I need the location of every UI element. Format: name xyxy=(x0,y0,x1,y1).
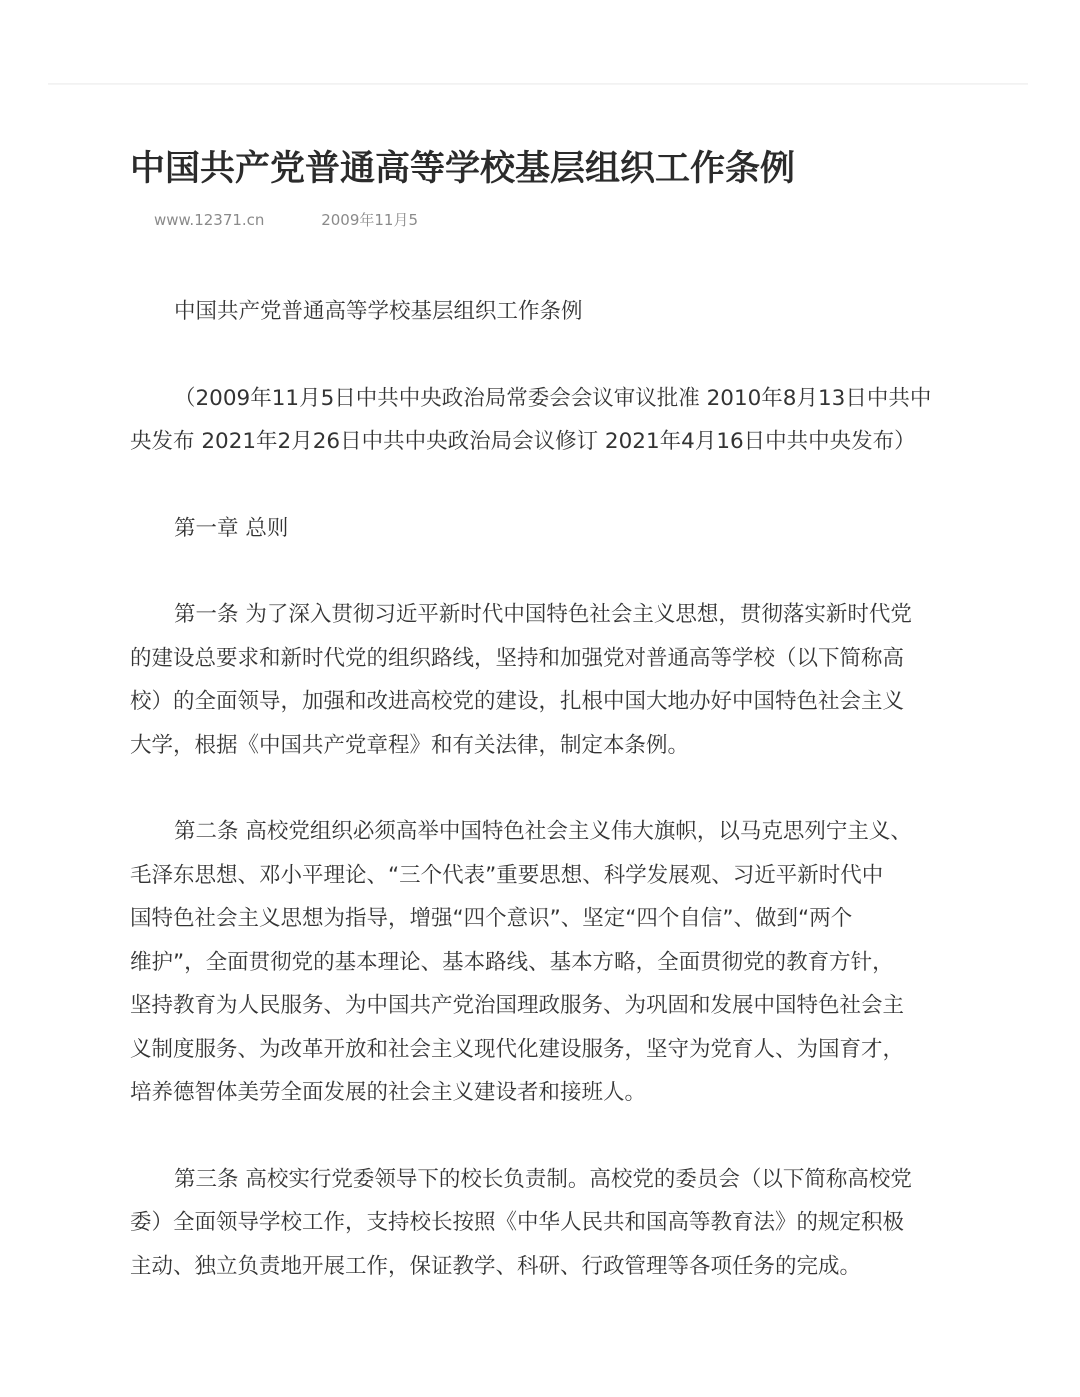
article-date: 2009年11月5 xyxy=(321,209,418,231)
paragraph-line: 维护”，全面贯彻党的基本理论、基本路线、基本方略，全面贯彻党的教育方针， xyxy=(130,941,960,985)
paragraph-doc-title: 中国共产党普通高等学校基层组织工作条例 xyxy=(130,290,960,334)
paragraph-line: 培养德智体美劳全面发展的社会主义建设者和接班人。 xyxy=(130,1071,960,1115)
article-source: www.12371.cn xyxy=(154,209,264,231)
paragraph-line: 国特色社会主义思想为指导，增强“四个意识”、坚定“四个自信”、做到“两个 xyxy=(130,897,960,941)
paragraph-line: 第二条 高校党组织必须高举中国特色社会主义伟大旗帜，以马克思列宁主义、 xyxy=(130,810,960,854)
paragraph-article-2: 第二条 高校党组织必须高举中国特色社会主义伟大旗帜，以马克思列宁主义、 毛泽东思… xyxy=(130,810,960,1115)
article-body: 中国共产党普通高等学校基层组织工作条例 （2009年11月5日中共中央政治局常委… xyxy=(130,290,960,1288)
paragraph-line: 第三条 高校实行党委领导下的校长负责制。高校党的委员会（以下简称高校党 xyxy=(130,1158,960,1202)
paragraph-line: 毛泽东思想、邓小平理论、“三个代表”重要思想、科学发展观、习近平新时代中 xyxy=(130,854,960,898)
paragraph-line: 第一章 总则 xyxy=(130,507,960,551)
paragraph-line: 坚持教育为人民服务、为中国共产党治国理政服务、为巩固和发展中国特色社会主 xyxy=(130,984,960,1028)
paragraph-line: 义制度服务、为改革开放和社会主义现代化建设服务，坚守为党育人、为国育才， xyxy=(130,1028,960,1072)
paragraph-line: 第一条 为了深入贯彻习近平新时代中国特色社会主义思想，贯彻落实新时代党 xyxy=(130,593,960,637)
paragraph-line: 校）的全面领导，加强和改进高校党的建设，扎根中国大地办好中国特色社会主义 xyxy=(130,680,960,724)
paragraph-line: 大学，根据《中国共产党章程》和有关法律，制定本条例。 xyxy=(130,724,960,768)
paragraph-line: 委）全面领导学校工作，支持校长按照《中华人民共和国高等教育法》的规定积极 xyxy=(130,1201,960,1245)
paragraph-line: （2009年11月5日中共中央政治局常委会会议审议批准 2010年8月13日中共… xyxy=(130,377,960,421)
paragraph-line: 主动、独立负责地开展工作，保证教学、科研、行政管理等各项任务的完成。 xyxy=(130,1245,960,1289)
paragraph-line: 的建设总要求和新时代党的组织路线，坚持和加强党对普通高等学校（以下简称高 xyxy=(130,637,960,681)
article-title: 中国共产党普通高等学校基层组织工作条例 xyxy=(130,146,795,192)
paragraph-approval-note: （2009年11月5日中共中央政治局常委会会议审议批准 2010年8月13日中共… xyxy=(130,377,960,464)
paragraph-article-3: 第三条 高校实行党委领导下的校长负责制。高校党的委员会（以下简称高校党 委）全面… xyxy=(130,1158,960,1289)
paragraph-line: 中国共产党普通高等学校基层组织工作条例 xyxy=(130,290,960,334)
paragraph-line: 央发布 2021年2月26日中共中央政治局会议修订 2021年4月16日中共中央… xyxy=(130,420,960,464)
paragraph-article-1: 第一条 为了深入贯彻习近平新时代中国特色社会主义思想，贯彻落实新时代党 的建设总… xyxy=(130,593,960,767)
chapter-heading: 第一章 总则 xyxy=(130,507,960,551)
article-meta: www.12371.cn 2009年11月5 xyxy=(154,209,418,231)
header-divider xyxy=(48,83,1028,85)
